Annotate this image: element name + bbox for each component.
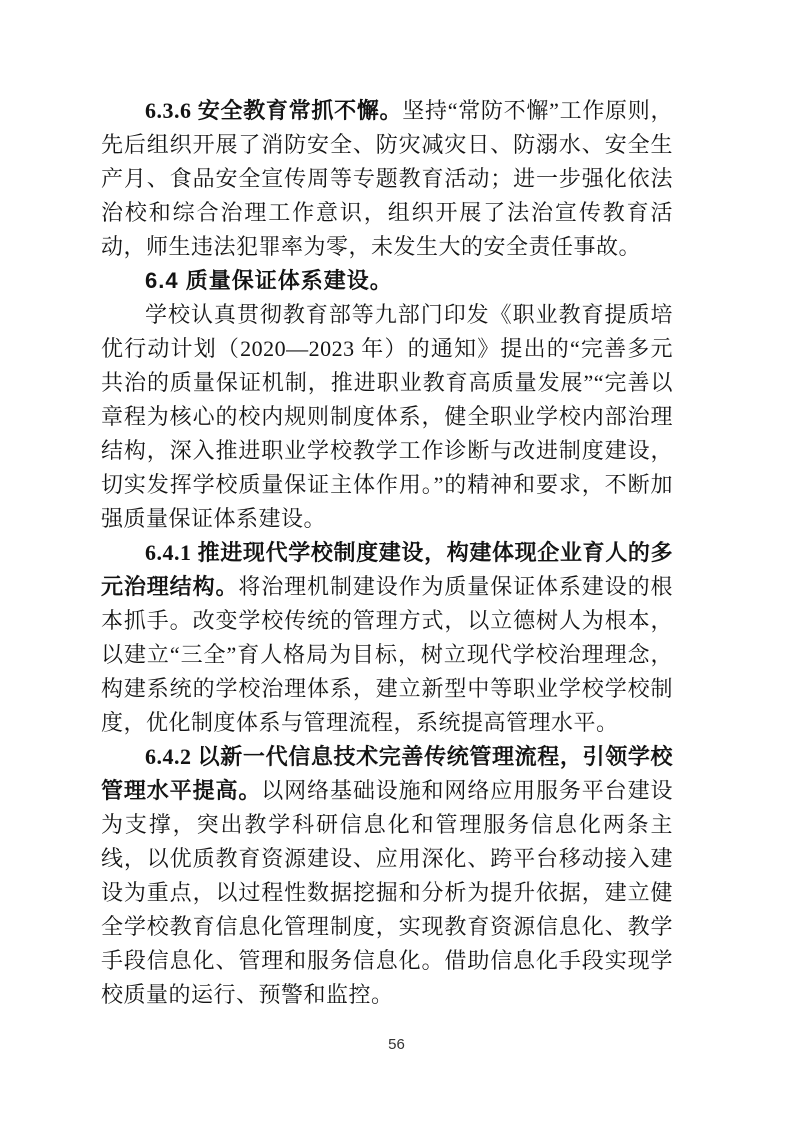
paragraph-642: 6.4.2 以新一代信息技术完善传统管理流程，引领学校管理水平提高。以网络基础设…: [101, 740, 673, 1012]
paragraph-641: 6.4.1 推进现代学校制度建设，构建体现企业育人的多元治理结构。将治理机制建设…: [101, 536, 673, 740]
paragraph-636: 6.3.6 安全教育常抓不懈。坚持“常防不懈”工作原则，先后组织开展了消防安全、…: [101, 94, 673, 264]
paragraph-642-text: 以网络基础设施和网络应用服务平台建设为支撑，突出教学科研信息化和管理服务信息化两…: [101, 778, 673, 1007]
paragraph-64-intro: 学校认真贯彻教育部等九部门印发《职业教育提质培优行动计划（2020—2023 年…: [101, 298, 673, 536]
page-number: 56: [0, 1036, 793, 1053]
heading-64-label: 6.4 质量保证体系建设。: [145, 268, 393, 293]
heading-64: 6.4 质量保证体系建设。: [101, 264, 673, 298]
document-page: 6.3.6 安全教育常抓不懈。坚持“常防不懈”工作原则，先后组织开展了消防安全、…: [0, 0, 793, 1122]
paragraph-64-intro-text: 学校认真贯彻教育部等九部门印发《职业教育提质培优行动计划（2020—2023 年…: [101, 302, 673, 531]
paragraph-636-heading: 6.3.6 安全教育常抓不懈。: [145, 98, 402, 123]
document-body: 6.3.6 安全教育常抓不懈。坚持“常防不懈”工作原则，先后组织开展了消防安全、…: [101, 94, 673, 1012]
